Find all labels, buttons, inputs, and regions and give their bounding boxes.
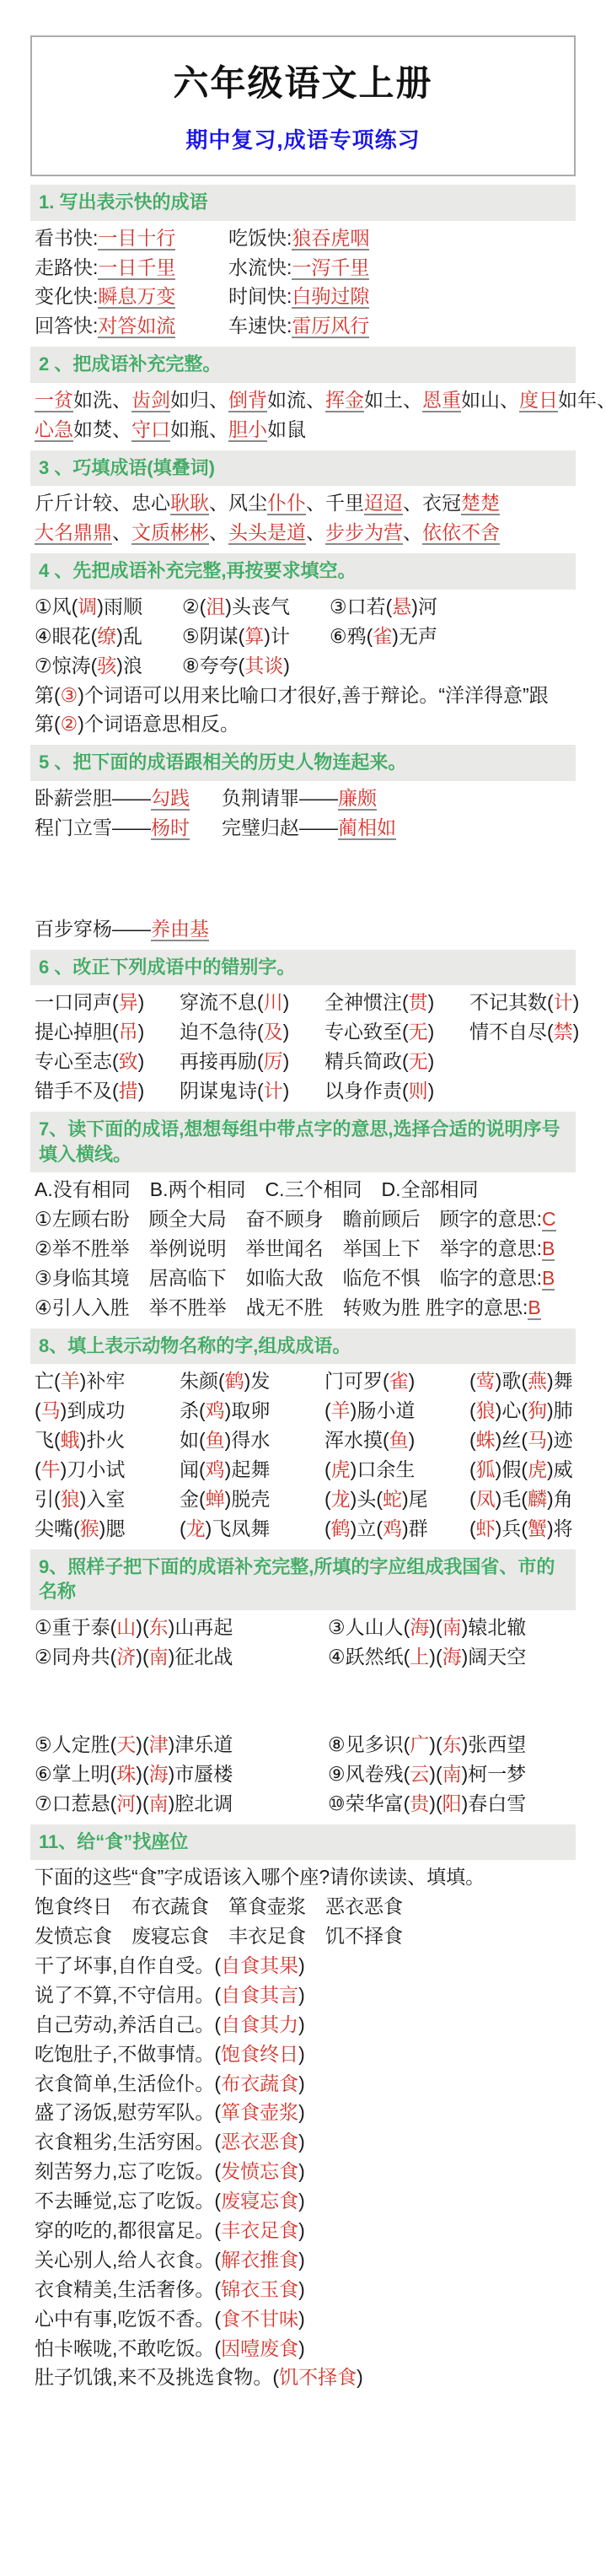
static-text: ( — [324, 1488, 331, 1510]
answer-text: C — [542, 1208, 556, 1231]
static-text: ) — [298, 2308, 305, 2330]
static-text: ) — [409, 1429, 416, 1451]
answer-text: 狼 — [476, 1399, 496, 1421]
answer-text: 白驹过隙 — [292, 285, 369, 309]
cell: ③口若(悬)河 — [330, 595, 477, 620]
static-text: ) — [298, 2337, 305, 2359]
static-text: 如年、 — [558, 389, 606, 411]
static-text: )取卵 — [225, 1399, 271, 1421]
content-line: 发愤忘食 废寝忘食 丰衣足食 饥不择食 — [30, 1924, 576, 1949]
answer-text: 丰衣足食 — [221, 2219, 298, 2241]
content-line: 心急如焚、守口如瓶、胆小如鼠 — [30, 418, 576, 443]
static-text: 如山、 — [461, 389, 519, 411]
static-text: ) — [428, 1021, 435, 1043]
static-text: 车速快: — [228, 315, 292, 337]
static-text: )张西望 — [462, 1733, 527, 1755]
cell: (狼)心(狗)肺 — [469, 1398, 606, 1424]
cell: 下面的这些“食”字成语该入哪个座?请你读读、填填。 — [35, 1865, 485, 1890]
static-text: )( — [429, 1616, 442, 1638]
sections: 1. 写出表示快的成语看书快:一目十行吃饭快:狼吞虎咽走路快:一日千里水流快:一… — [30, 185, 576, 2390]
static-text: ④跃然纸( — [328, 1646, 410, 1668]
answer-text: 饥不择食 — [279, 2366, 357, 2388]
static-text: )肺 — [547, 1399, 573, 1421]
static-text: 专心至志( — [35, 1050, 119, 1072]
static-text: ②同舟共( — [35, 1646, 116, 1668]
section: 11、给“食”找座位下面的这些“食”字成语该入哪个座?请你读读、填填。饱食终日 … — [30, 1824, 576, 2391]
static-text: ⑦惊涛( — [35, 655, 97, 676]
answer-text: 虎 — [528, 1458, 547, 1480]
static-text: 一口同声( — [35, 991, 119, 1013]
answer-text: 挥金 — [325, 389, 364, 412]
static-text: )河 — [411, 595, 437, 617]
static-text: 吃饱肚子,不做事情。( — [35, 2043, 221, 2065]
content-line: 吃饱肚子,不做事情。(饱食终日) — [30, 2042, 576, 2067]
cell: 专心致至(无) — [324, 1020, 469, 1045]
answer-text: 鸡 — [206, 1399, 225, 1421]
answer-text: 羊 — [331, 1399, 351, 1421]
spacer — [30, 1674, 576, 1728]
static-text: ③人山人( — [328, 1616, 410, 1638]
cell: 饱食终日 布衣蔬食 箪食壶浆 恶衣恶食 — [35, 1894, 403, 1920]
section: 4 、先把成语补充完整,再按要求填空。①风(调)雨顺②(沮)头丧气③口若(悬)河… — [30, 553, 576, 737]
static-text: 如瓶、 — [170, 418, 228, 440]
cell: (羊)肠小道 — [324, 1398, 469, 1424]
static-text: 、 — [209, 521, 228, 543]
answer-text: 恩重 — [422, 389, 461, 412]
static-text: 如流、 — [267, 389, 325, 411]
content-line: 说了不算,不守信用。(自食其言) — [30, 1983, 576, 2008]
answer-text: 雀 — [373, 625, 392, 647]
static-text: ( — [324, 1517, 331, 1539]
static-text: 刻苦努力,忘了吃饭。( — [35, 2160, 221, 2182]
answer-text: 蟹 — [528, 1517, 547, 1539]
cell: 衣食粗劣,生活穷困。(恶衣恶食) — [35, 2130, 305, 2155]
section: 1. 写出表示快的成语看书快:一目十行吃饭快:狼吞虎咽走路快:一日千里水流快:一… — [30, 185, 576, 339]
cell: (莺)歌(燕)舞 — [469, 1369, 606, 1394]
answer-text: 大名鼎鼎 — [35, 521, 112, 545]
answer-text: 心急 — [35, 418, 73, 442]
static-text: 如土、 — [364, 389, 422, 411]
section-heading: 9、照样子把下面的成语补充完整,所填的字应组成我国省、市的名称 — [30, 1549, 576, 1610]
answer-text: 布衣蔬食 — [221, 2072, 298, 2094]
cell: 发愤忘食 废寝忘食 丰衣足食 饥不择食 — [35, 1924, 403, 1949]
static-text: ) — [138, 991, 145, 1013]
answer-text: 缭 — [97, 625, 116, 647]
static-text: 朱颜( — [180, 1370, 225, 1392]
answer-text: 致 — [119, 1050, 138, 1072]
static-text: ) — [138, 1021, 145, 1043]
section: 2 、把成语补充完整。一贫如洗、齿剑如归、倒背如流、挥金如土、恩重如山、度日如年… — [30, 347, 576, 442]
static-text: ) — [283, 1080, 290, 1102]
content-line: 一口同声(异)穿流不息(川)全神惯注(贯)不记其数(计) — [30, 990, 576, 1016]
answer-text: 步步为营 — [325, 521, 403, 545]
answer-text: 天 — [116, 1733, 136, 1755]
answer-text: 耿耿 — [170, 492, 209, 515]
cell: 迫不急待(及) — [180, 1020, 324, 1045]
cell: 门可罗(雀) — [324, 1369, 469, 1394]
static-text: )心( — [496, 1399, 528, 1421]
static-text: ②( — [182, 595, 206, 617]
static-text: )阔天空 — [462, 1646, 527, 1668]
static-text: 如归、 — [170, 389, 228, 411]
answer-text: 废寝忘食 — [221, 2190, 298, 2212]
cell: 以身作责(则) — [324, 1079, 469, 1104]
static-text: ) — [138, 1050, 145, 1072]
section-heading: 6 、改正下列成语中的错别字。 — [30, 950, 576, 986]
cell: 衣食简单,生活俭仆。(布衣蔬食) — [35, 2072, 305, 2097]
cell: 说了不算,不守信用。(自食其言) — [35, 1983, 305, 2008]
content-line: 刻苦努力,忘了吃饭。(发愤忘食) — [30, 2159, 576, 2185]
answer-text: 文质彬彬 — [131, 521, 209, 545]
answer-text: 珠 — [116, 1763, 136, 1785]
answer-text: 鱼 — [206, 1429, 225, 1451]
answer-text: 蔺相如 — [338, 816, 396, 840]
cell: ⑦口惹悬(河)(南)腔北调 — [35, 1792, 328, 1817]
cell: 百步穿杨——养由基 — [35, 917, 209, 942]
static-text: )群 — [402, 1517, 428, 1539]
static-text: )威 — [547, 1458, 573, 1480]
static-text: ⑧夸夸( — [182, 655, 244, 676]
answer-text: B — [542, 1267, 555, 1291]
answer-text: 雷厉风行 — [292, 315, 369, 338]
answer-text: 河 — [116, 1792, 136, 1814]
static-text: )立( — [351, 1517, 383, 1539]
content-line: 提心掉胆(吊)迫不急待(及)专心致至(无)情不自尽(禁) — [30, 1020, 576, 1045]
cell: 一口同声(异) — [35, 990, 180, 1016]
static-text: ( — [35, 1399, 41, 1421]
content-line: ④眼花(缭)乱⑤阴谋(算)计⑥鸦(雀)无声 — [30, 624, 576, 649]
cell: 阴谋鬼诗(计) — [180, 1079, 324, 1104]
answer-text: 调 — [78, 595, 97, 617]
answer-text: 吊 — [119, 1021, 138, 1043]
answer-text: 狐 — [476, 1458, 496, 1480]
static-text: 回答快: — [35, 315, 98, 337]
static-text: 、 — [112, 521, 131, 543]
answer-text: 及 — [264, 1021, 283, 1043]
static-text: ) — [138, 1080, 145, 1102]
content-line: 错手不及(措)阴谋鬼诗(计)以身作责(则) — [30, 1079, 576, 1104]
content-line: ①左顾右盼 顾全大局 奋不顾身 瞻前顾后 顾字的意思:C — [30, 1207, 576, 1232]
answer-text: 无 — [409, 1021, 428, 1043]
answer-text: 恶衣恶食 — [221, 2131, 298, 2153]
cell: 怕卡喉咙,不敢吃饭。(因噎废食) — [35, 2336, 305, 2362]
static-text: 盛了汤饭,慰劳军队。( — [35, 2101, 221, 2123]
content-line: ①风(调)雨顺②(沮)头丧气③口若(悬)河 — [30, 595, 576, 620]
section: 8、填上表示动物名称的字,组成成语。亡(羊)补牢朱颜(鹤)发门可罗(雀)(莺)歌… — [30, 1328, 576, 1542]
answer-text: 南 — [149, 1792, 169, 1814]
answer-text: 其谈 — [244, 655, 283, 676]
static-text: 时间快: — [228, 285, 292, 307]
answer-text: 海 — [149, 1763, 169, 1785]
static-text: 飞( — [35, 1429, 61, 1451]
content-line: 怕卡喉咙,不敢吃饭。(因噎废食) — [30, 2336, 576, 2362]
static-text: 说了不算,不守信用。( — [35, 1984, 221, 2006]
cell: 不去睡觉,忘了吃饭。(废寝忘食) — [35, 2189, 305, 2214]
content-line: ⑦口惹悬(河)(南)腔北调⑩荣华富(贵)(阳)春白雪 — [30, 1792, 576, 1817]
cell: 金(蝉)脱壳 — [180, 1487, 324, 1512]
answer-text: 狼 — [61, 1488, 80, 1510]
section: 6 、改正下列成语中的错别字。一口同声(异)穿流不息(川)全神惯注(贯)不记其数… — [30, 950, 576, 1104]
answer-text: 因噎废食 — [221, 2337, 298, 2359]
content-line: A.没有相同 B.两个相同 C.三个相同 D.全部相同 — [30, 1178, 576, 1203]
static-text: )( — [429, 1763, 442, 1785]
content-line: 穿的吃的,都很富足。(丰衣足食) — [30, 2218, 576, 2244]
content-line: 干了坏事,自作自受。(自食其果) — [30, 1954, 576, 1979]
cell: 时间快:白驹过隙 — [228, 284, 422, 310]
answer-text: 倒背 — [228, 389, 267, 412]
static-text: ⑥掌上明( — [35, 1763, 116, 1785]
static-text: )脱壳 — [225, 1488, 271, 1510]
static-text: )个词语可以用来比喻口才很好,善于辩论。“洋洋得意”跟 — [78, 684, 548, 706]
content-line: (马)到成功杀(鸡)取卵(羊)肠小道(狼)心(狗)肺 — [30, 1398, 576, 1424]
static-text: A.没有相同 B.两个相同 C.三个相同 D.全部相同 — [35, 1178, 478, 1200]
cell: 肚子饥饿,来不及挑选食物。(饥不择食) — [35, 2365, 363, 2390]
section-heading: 2 、把成语补充完整。 — [30, 347, 576, 383]
content-line: 第(③)个词语可以用来比喻口才很好,善于辩论。“洋洋得意”跟 — [30, 683, 576, 709]
static-text: 迫不急待( — [180, 1021, 264, 1043]
content-line: 一贫如洗、齿剑如归、倒背如流、挥金如土、恩重如山、度日如年、 — [30, 388, 576, 413]
cell: 专心至志(致) — [35, 1049, 180, 1075]
cell: ④引人入胜 举不胜举 战无不胜 转败为胜 胜字的意思:B — [35, 1296, 541, 1321]
static-text: ①风( — [35, 595, 78, 617]
content-line: 百步穿杨——养由基 — [30, 917, 576, 942]
cell: 衣食精美,生活奢侈。(锦衣玉食) — [35, 2277, 305, 2303]
static-text: 如鼠 — [267, 418, 306, 440]
static-text: 发愤忘食 废寝忘食 丰衣足食 饥不择食 — [35, 1925, 403, 1947]
answer-text: 箪食壶浆 — [221, 2101, 298, 2123]
static-text: ①左顾右盼 顾全大局 奋不顾身 瞻前顾后 顾字的意思: — [35, 1208, 542, 1230]
static-text: )山再起 — [169, 1616, 233, 1638]
static-text: 、衣冠 — [403, 492, 461, 514]
static-text: ) — [298, 2043, 305, 2065]
static-text: ( — [469, 1458, 476, 1480]
static-text: )征北战 — [169, 1646, 233, 1668]
static-text: ) — [283, 1050, 290, 1072]
static-text: 关心别人,给人衣食。( — [35, 2249, 221, 2271]
section: 5 、把下面的成语跟相关的历史人物连起来。卧薪尝胆——勾践负荆请罪——廉颇程门立… — [30, 745, 576, 941]
static-text: 浑水摸( — [324, 1429, 389, 1451]
answer-text: 一目十行 — [98, 227, 175, 251]
static-text: 错手不及( — [35, 1080, 119, 1102]
content-line: 盛了汤饭,慰劳军队。(箪食壶浆) — [30, 2100, 576, 2126]
answer-text: 悬 — [392, 595, 411, 617]
static-text: )毛( — [496, 1488, 528, 1510]
static-text: )计 — [264, 625, 290, 647]
answer-text: 计 — [554, 991, 573, 1013]
cell: 浑水摸(鱼) — [324, 1428, 469, 1453]
static-text: ⑥鸦( — [330, 625, 373, 647]
cell: 回答快:对答如流 — [35, 314, 228, 339]
cell: 走路快:一日千里 — [35, 256, 228, 281]
cell: 心急如焚、守口如瓶、胆小如鼠 — [35, 418, 306, 443]
answer-text: 南 — [442, 1616, 462, 1638]
answer-text: 狼吞虎咽 — [292, 227, 369, 251]
static-text: 走路快: — [35, 256, 98, 278]
cell: ②(沮)头丧气 — [182, 595, 330, 620]
static-text: )兵( — [496, 1517, 528, 1539]
static-text: )腮 — [99, 1517, 126, 1539]
static-text: 不去睡觉,忘了吃饭。( — [35, 2190, 221, 2212]
static-text: )得水 — [225, 1429, 271, 1451]
static-text: )( — [136, 1763, 148, 1785]
title-box: 六年级语文上册 期中复习,成语专项练习 — [30, 35, 576, 176]
cell: 亡(羊)补牢 — [35, 1369, 180, 1394]
cell: 吃饱肚子,不做事情。(饱食终日) — [35, 2042, 305, 2067]
cell: 全神惯注(贯) — [324, 990, 469, 1016]
cell: 看书快:一目十行 — [35, 226, 228, 251]
answer-text: 一贫 — [35, 389, 73, 412]
static-text: )刀小试 — [61, 1458, 126, 1480]
static-text: ) — [428, 1080, 435, 1102]
page-subtitle: 期中复习,成语专项练习 — [32, 123, 574, 154]
static-text: )( — [136, 1792, 148, 1814]
static-text: 程门立雪—— — [35, 816, 151, 838]
cell: ⑦惊涛(骇)浪 — [35, 654, 182, 679]
cell: 自己劳动,养活自己。(自食其力) — [35, 2013, 305, 2038]
static-text: 斤斤计较、忠心 — [35, 492, 170, 514]
cell: ①左顾右盼 顾全大局 奋不顾身 瞻前顾后 顾字的意思:C — [35, 1207, 556, 1232]
static-text: )头( — [351, 1488, 383, 1510]
static-text: ⑧见多识( — [328, 1733, 410, 1755]
static-text: )扑火 — [80, 1429, 126, 1451]
static-text: ) — [573, 1021, 580, 1043]
content-line: ④引人入胜 举不胜举 战无不胜 转败为胜 胜字的意思:B — [30, 1296, 576, 1321]
answer-text: 贯 — [409, 991, 428, 1013]
answer-text: 雀 — [389, 1370, 409, 1392]
answer-text: 东 — [149, 1616, 169, 1638]
content-line: 饱食终日 布衣蔬食 箪食壶浆 恶衣恶食 — [30, 1894, 576, 1920]
static-text: ( — [469, 1370, 476, 1392]
answer-text: 食不甘味 — [221, 2308, 298, 2330]
static-text: )补牢 — [80, 1370, 126, 1392]
cell: ⑧夸夸(其谈) — [182, 654, 330, 679]
answer-text: 瞬息万变 — [98, 285, 175, 309]
cell: 错手不及(措) — [35, 1079, 180, 1104]
cell: 车速快:雷厉风行 — [228, 314, 422, 339]
cell: 不记其数(计) — [469, 990, 606, 1016]
answer-text: 廉颇 — [338, 787, 377, 811]
answer-text: 贵 — [410, 1792, 429, 1814]
cell: 完璧归赵——蔺相如 — [222, 816, 409, 841]
cell: 刻苦努力,忘了吃饭。(发愤忘食) — [35, 2159, 305, 2185]
static-text: ③身临其境 居高临下 如临大敌 临危不惧 临字的意思: — [35, 1267, 542, 1289]
static-text: 提心掉胆( — [35, 1021, 119, 1043]
cell: 负荆请罪——廉颇 — [222, 786, 409, 811]
cell: (虾)兵(蟹)将 — [469, 1517, 606, 1542]
answer-text: 发愤忘食 — [221, 2160, 298, 2182]
static-text: 卧薪尝胆—— — [35, 787, 151, 809]
static-text: )头丧气 — [225, 595, 290, 617]
static-text: ) — [298, 2249, 305, 2271]
answer-text: 自食其力 — [221, 2013, 298, 2035]
answer-text: 措 — [119, 1080, 138, 1102]
section-heading: 4 、先把成语补充完整,再按要求填空。 — [30, 553, 576, 590]
static-text: 肚子饥饿,来不及挑选食物。( — [35, 2366, 279, 2388]
answer-text: 自食其言 — [221, 1984, 298, 2006]
static-text: 如洗、 — [73, 389, 131, 411]
cell: (虎)口余生 — [324, 1458, 469, 1483]
static-text: ( — [469, 1399, 476, 1421]
static-text: 百步穿杨—— — [35, 918, 151, 940]
content-line: 尖嘴(猴)腮(龙)飞凤舞(鹤)立(鸡)群(虾)兵(蟹)将 — [30, 1517, 576, 1542]
static-text: 精兵简政( — [324, 1050, 409, 1072]
page-title: 六年级语文上册 — [32, 56, 574, 106]
answer-text: 麟 — [528, 1488, 547, 1510]
answer-text: 沮 — [206, 595, 225, 617]
static-text: ⑤人定胜( — [35, 1733, 116, 1755]
answer-text: 南 — [442, 1763, 462, 1785]
static-text: )个词语意思相反。 — [78, 713, 239, 735]
static-text: 穿的吃的,都很富足。( — [35, 2219, 221, 2241]
static-text: )到成功 — [61, 1399, 126, 1421]
answer-text: 饱食终日 — [221, 2043, 298, 2065]
cell: 变化快:瞬息万变 — [35, 284, 228, 310]
static-text: 看书快: — [35, 227, 98, 249]
answer-text: 东 — [442, 1733, 462, 1755]
answer-text: 猴 — [80, 1517, 99, 1539]
static-text: ( — [469, 1429, 476, 1451]
static-text: ) — [357, 2366, 363, 2388]
content-line: 衣食粗劣,生活穷困。(恶衣恶食) — [30, 2130, 576, 2155]
answer-text: 莺 — [476, 1370, 496, 1392]
answer-text: 蝉 — [206, 1488, 225, 1510]
static-text: )辕北辙 — [462, 1616, 527, 1638]
static-text: ) — [428, 1050, 435, 1072]
content-line: 下面的这些“食”字成语该入哪个座?请你读读、填填。 — [30, 1865, 576, 1890]
answer-text: 度日 — [519, 389, 558, 412]
static-text: )无声 — [392, 625, 437, 647]
section: 3 、巧填成语(填叠词)斤斤计较、忠心耿耿、风尘仆仆、千里迢迢、衣冠楚楚大名鼎鼎… — [30, 450, 576, 546]
static-text: ) — [298, 2190, 305, 2212]
cell: ⑤人定胜(天)(津)津乐道 — [35, 1733, 328, 1758]
cell: ③身临其境 居高临下 如临大敌 临危不惧 临字的意思:B — [35, 1266, 555, 1291]
static-text: )( — [429, 1733, 442, 1755]
static-text: 饱食终日 布衣蔬食 箪食壶浆 恶衣恶食 — [35, 1895, 403, 1917]
content-line: 飞(蛾)扑火如(鱼)得水浑水摸(鱼)(蛛)丝(马)迹 — [30, 1428, 576, 1453]
static-text: ) — [573, 991, 580, 1013]
answer-text: 鱼 — [389, 1429, 409, 1451]
answer-text: 羊 — [61, 1370, 80, 1392]
answer-text: 济 — [116, 1646, 136, 1668]
answer-text: 解衣推食 — [221, 2249, 298, 2271]
answer-text: 无 — [409, 1050, 428, 1072]
static-text: 第( — [35, 713, 61, 735]
static-text: ⑩荣华富( — [328, 1792, 410, 1814]
answer-text: 计 — [264, 1080, 283, 1102]
section-heading: 11、给“食”找座位 — [30, 1824, 576, 1861]
static-text: )歌( — [496, 1370, 528, 1392]
static-text: )肠小道 — [351, 1399, 416, 1421]
static-text: 引( — [35, 1488, 61, 1510]
cell: 吃饭快:狼吞虎咽 — [228, 226, 422, 251]
answer-text: 一日千里 — [98, 256, 175, 280]
answer-text: 禁 — [554, 1021, 573, 1043]
cell: (凤)毛(麟)角 — [469, 1487, 606, 1512]
cell: 杀(鸡)取卵 — [180, 1398, 324, 1424]
static-text: ) — [283, 655, 290, 676]
cell: 尖嘴(猴)腮 — [35, 1517, 180, 1542]
static-text: 闻( — [180, 1458, 206, 1480]
answer-text: 鸡 — [383, 1517, 402, 1539]
static-text: )入室 — [80, 1488, 126, 1510]
cell: ⑨风卷残(云)(南)柯一梦 — [328, 1762, 606, 1787]
answer-text: 养由基 — [151, 918, 209, 941]
static-text: ③口若( — [330, 595, 392, 617]
static-text: )( — [136, 1646, 148, 1668]
answer-text: B — [542, 1237, 555, 1261]
section-heading: 8、填上表示动物名称的字,组成成语。 — [30, 1328, 576, 1365]
answer-text: 齿剑 — [131, 389, 170, 412]
